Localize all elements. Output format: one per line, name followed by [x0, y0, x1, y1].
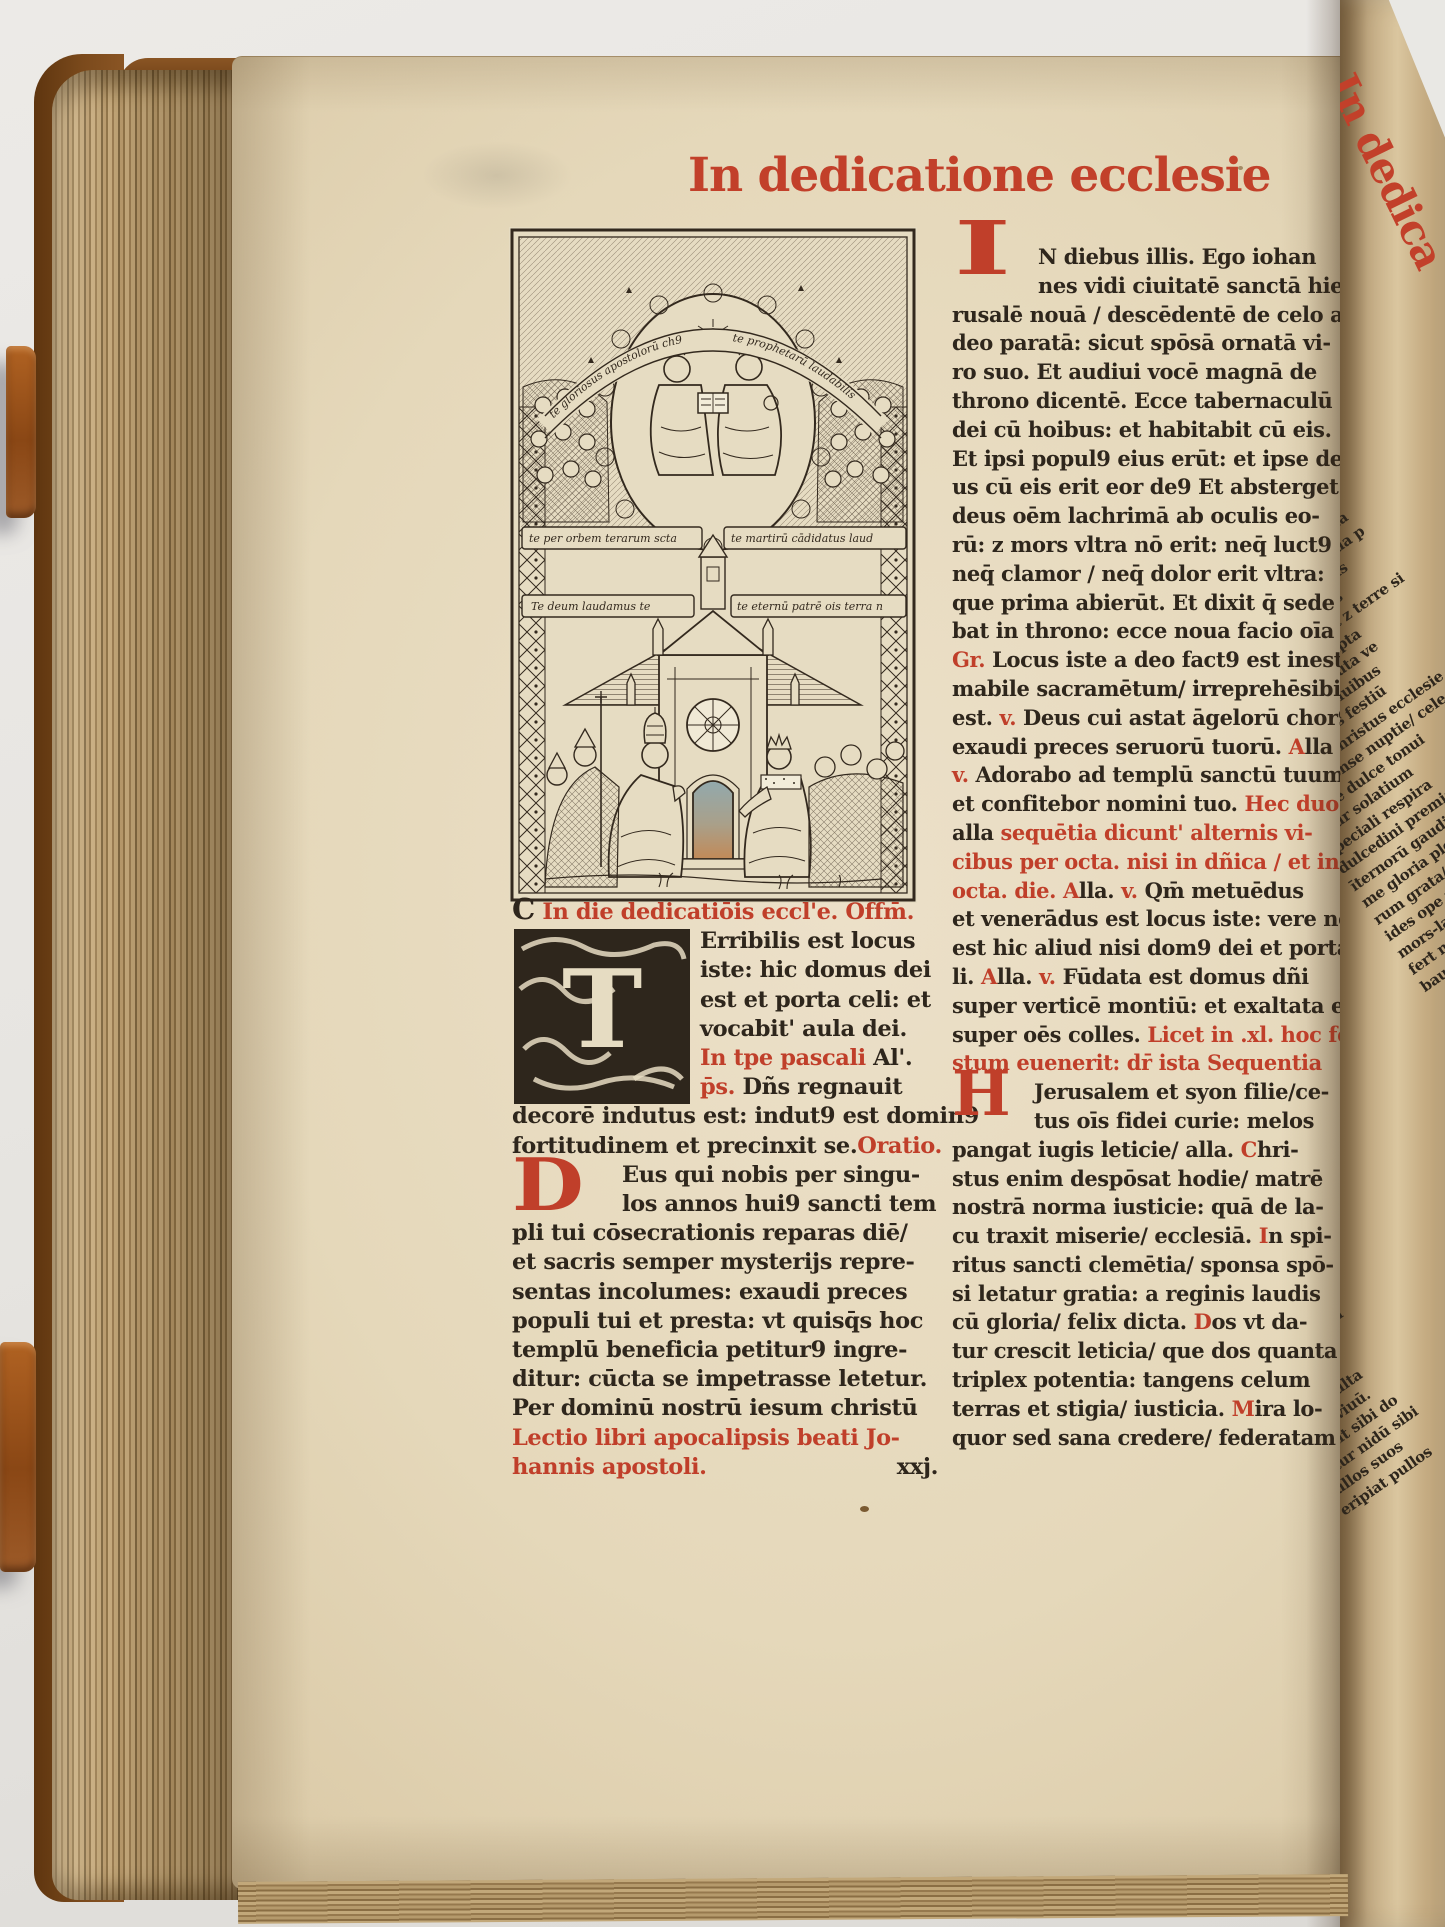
- text-segment: M: [1232, 1396, 1255, 1421]
- leather-strap-top: [6, 346, 36, 518]
- text-segment: v.: [952, 762, 969, 787]
- text-line: octa. die. Alla. v. Qm̄ metuēdus: [952, 877, 1352, 906]
- text-segment: cū gloria/ felix dicta.: [952, 1309, 1194, 1334]
- text-segment: nostrā norma iusticie: quā de la-: [952, 1194, 1324, 1219]
- text-line: v. Adorabo ad templū sanctū tuum: [952, 761, 1352, 790]
- text-segment: A: [981, 964, 997, 989]
- text-segment: rusalē nouā / descēdentē de celo a: [952, 302, 1343, 327]
- banderole-low-right-text: te eternū patrē ois terra n: [737, 600, 883, 613]
- text-segment: et sacris semper mysterijs repre-: [512, 1249, 914, 1275]
- text-segment: ritus sancti clemētia/ sponsa spō-: [952, 1252, 1334, 1277]
- text-segment: quor sed sana credere/ federatam: [952, 1425, 1336, 1450]
- text-line: stum euenerit: dr̄ ista Sequentia: [952, 1049, 1352, 1078]
- text-line: et confitebor nomini tuo. Hec duo: [952, 790, 1352, 819]
- text-segment: decorē indutus est: indut9 est domin9: [512, 1103, 979, 1129]
- text-line: pangat iugis leticie/ alla. Chri-: [952, 1136, 1352, 1165]
- right-text-column: I H N diebus illis. Ego iohannes vidi ci…: [952, 243, 1352, 1452]
- text-segment: Adorabo ad templū sanctū tuum: [969, 762, 1344, 787]
- text-segment: tus oīs fidei curie: melos: [1034, 1108, 1314, 1133]
- text-line: Et ipsi popul9 eius erūt: et ipse de-: [952, 445, 1352, 474]
- text-segment: Per dominū nostrū iesum christū: [512, 1395, 917, 1421]
- text-line: populi tui et presta: vt quisq̄s hoc: [512, 1307, 938, 1336]
- text-segment: est.: [952, 705, 1000, 730]
- ornamental-initial-T: T: [514, 929, 690, 1104]
- text-line: nostrā norma iusticie: quā de la-: [952, 1193, 1352, 1222]
- text-line: dei cū hoibus: et habitabit cū eis.: [952, 416, 1352, 445]
- text-segment: pangat iugis leticie/ alla.: [952, 1137, 1241, 1162]
- clergy-group: [545, 691, 619, 887]
- text-segment: Erribilis est locus: [700, 928, 915, 954]
- text-segment: sequētia dicunt' alternis vi-: [994, 820, 1313, 845]
- text-line: N diebus illis. Ego iohan: [952, 243, 1352, 272]
- woodcut-svg: te gloriosus apostolorū ch9 te prophetar…: [509, 227, 917, 903]
- text-segment: cibus per octa. nisi in dñica / et in: [952, 849, 1339, 874]
- text-segment: p̄s.: [700, 1074, 735, 1100]
- text-segment: Gr.: [952, 647, 985, 672]
- page-stack-shading: [52, 70, 248, 1900]
- text-line: nes vidi ciuitatē sanctā hie: [952, 272, 1352, 301]
- text-line: ro suo. Et audiui vocē magnā de: [952, 358, 1352, 387]
- ink-bleedthrough-smudge: [392, 128, 602, 223]
- text-segment: D: [1194, 1309, 1212, 1334]
- text-segment: sentas incolumes: exaudi preces: [512, 1279, 907, 1305]
- text-line: xxj.hannis apostoli.: [512, 1453, 938, 1482]
- text-line: deus oēm lachrimā ab oculis eo-: [952, 502, 1352, 531]
- text-segment: os vt da-: [1211, 1309, 1307, 1334]
- text-line: stus enim despōsat hodie/ matrē: [952, 1165, 1352, 1194]
- text-segment: que prima abierūt. Et dixit q̄ sede: [952, 590, 1335, 615]
- text-line: rusalē nouā / descēdentē de celo a: [952, 301, 1352, 330]
- text-line: cibus per octa. nisi in dñica / et in: [952, 848, 1352, 877]
- text-segment: C: [1241, 1137, 1257, 1162]
- text-segment: iste: hic domus dei: [700, 957, 931, 983]
- text-segment: xxj.: [897, 1453, 938, 1482]
- text-line: Jerusalem et syon filie/ce-: [952, 1078, 1352, 1107]
- text-segment: lla.: [1079, 878, 1121, 903]
- text-line: terras et stigia/ iusticia. Mira lo-: [952, 1395, 1352, 1424]
- text-line: rū: z mors vltra nō erit: neq̄ luct9: [952, 531, 1352, 560]
- book-photo: In dedicatione ecclesie: [0, 0, 1445, 1927]
- text-segment: Fūdata est domus dñi: [1056, 964, 1309, 989]
- text-line: throno dicentē. Ecce tabernaculū: [952, 387, 1352, 416]
- text-segment: deus oēm lachrimā ab oculis eo-: [952, 503, 1320, 528]
- text-segment: et confitebor nomini tuo.: [952, 791, 1244, 816]
- text-line: mabile sacramētum/ irreprehēsibilis: [952, 675, 1352, 704]
- text-line: li. Alla. v. Fūdata est domus dñi: [952, 963, 1352, 992]
- text-segment: throno dicentē. Ecce tabernaculū: [952, 388, 1332, 413]
- text-line: us cū eis erit eor de9 Et absterget: [952, 473, 1352, 502]
- text-segment: hannis apostoli.: [512, 1454, 707, 1480]
- text-segment: cu traxit miserie/ ecclesiā.: [952, 1223, 1259, 1248]
- text-segment: neq̄ clamor / neq̄ dolor erit vltra:: [952, 561, 1324, 586]
- banderole-mid-right-text: te martirū cādidatus laud: [731, 532, 873, 545]
- text-segment: octa. die. A: [952, 878, 1079, 903]
- text-line: ritus sancti clemētia/ sponsa spō-: [952, 1251, 1352, 1280]
- text-segment: dei cū hoibus: et habitabit cū eis.: [952, 417, 1332, 442]
- text-segment: Jerusalem et syon filie/ce-: [1034, 1079, 1329, 1104]
- banderole-mid-left-text: te per orbem terarum scta: [529, 532, 677, 545]
- text-line: tus oīs fidei curie: melos: [952, 1107, 1352, 1136]
- text-line: templū beneficia petitur9 ingre-: [512, 1336, 938, 1365]
- text-line: que prima abierūt. Et dixit q̄ sede: [952, 589, 1352, 618]
- text-segment: Oratio.: [857, 1133, 942, 1159]
- text-segment: N diebus illis. Ego iohan: [1038, 244, 1316, 269]
- text-segment: I: [1259, 1223, 1268, 1248]
- text-segment: Al'.: [866, 1045, 913, 1071]
- text-segment: A: [1289, 734, 1305, 759]
- text-line: cu traxit miserie/ ecclesiā. In spi-: [952, 1222, 1352, 1251]
- text-line: est. v. Deus cui astat āgelorū chor9:: [952, 704, 1352, 733]
- text-segment: C: [512, 892, 535, 926]
- lombardic-initial-D: D: [512, 1154, 583, 1216]
- text-segment: nes vidi ciuitatē sanctā hie: [1038, 273, 1343, 298]
- gospel-book-icon: [698, 393, 728, 413]
- text-segment: ro suo. Et audiui vocē magnā de: [952, 359, 1317, 384]
- text-line: neq̄ clamor / neq̄ dolor erit vltra:: [952, 560, 1352, 589]
- text-segment: ditur: cūcta se impetrasse letetur.: [512, 1366, 927, 1392]
- text-segment: super oēs colles.: [952, 1022, 1147, 1047]
- text-segment: vocabit' aula dei.: [700, 1016, 907, 1042]
- banderole-low-left-text: Te deum laudamus te: [531, 600, 651, 613]
- page-heading: In dedicatione ecclesie: [688, 148, 1203, 203]
- text-segment: Lectio libri apocalipsis beati Jo-: [512, 1425, 900, 1451]
- text-line: deo paratā: sicut spōsā ornatā vi-: [952, 329, 1352, 358]
- text-segment: lla.: [997, 964, 1039, 989]
- text-line: si letatur gratia: a reginis laudis: [952, 1280, 1352, 1309]
- text-segment: Locus iste a deo fact9 est inesti-: [985, 647, 1359, 672]
- text-line: bat in throno: ecce noua facio oīa: [952, 617, 1352, 646]
- text-line: exaudi preces seruorū tuorū. Alla: [952, 733, 1352, 762]
- text-segment: alla: [952, 820, 994, 845]
- rose-window-icon: [687, 699, 739, 751]
- text-line: cū gloria/ felix dicta. Dos vt da-: [952, 1308, 1352, 1337]
- text-line: Per dominū nostrū iesum christū: [512, 1394, 938, 1423]
- text-line: quor sed sana credere/ federatam: [952, 1424, 1352, 1453]
- text-segment: super verticē montiū: et exaltata est: [952, 993, 1365, 1018]
- right-page-text-upper: etem large numerr: de propribonauētura d…: [1340, 236, 1445, 996]
- text-line: ditur: cūcta se impetrasse letetur.: [512, 1365, 938, 1394]
- text-segment: est et porta celi: et: [700, 987, 931, 1013]
- text-segment: bat in throno: ecce noua facio oīa: [952, 618, 1334, 643]
- text-segment: Qm̄ metuēdus: [1138, 878, 1304, 903]
- text-line: et sacris semper mysterijs repre-: [512, 1248, 938, 1277]
- text-segment: us cū eis erit eor de9 Et absterget: [952, 474, 1338, 499]
- text-segment: In die dedicatiōis eccl'e. Offm̄.: [535, 899, 914, 925]
- text-line: super verticē montiū: et exaltata est: [952, 992, 1352, 1021]
- leather-strap-bottom: [0, 1342, 36, 1572]
- text-segment: tur crescit leticia/ que dos quanta: [952, 1338, 1337, 1363]
- text-line: Lectio libri apocalipsis beati Jo-: [512, 1424, 938, 1453]
- bottom-page-edges: [238, 1874, 1348, 1924]
- paper-speck: [860, 1506, 869, 1512]
- text-segment: Et ipsi popul9 eius erūt: et ipse de-: [952, 446, 1351, 471]
- right-page-curl: In dedica etem large numerr: de propribo…: [1340, 0, 1445, 1927]
- text-segment: v.: [1121, 878, 1138, 903]
- text-line: tur crescit leticia/ que dos quanta: [952, 1337, 1352, 1366]
- text-segment: v.: [1000, 705, 1017, 730]
- text-segment: v.: [1039, 964, 1056, 989]
- left-text-column: T D C In die dedicatiōis eccl'e. Offm̄.E…: [512, 898, 938, 1482]
- text-line: super oēs colles. Licet in .xl. hoc fe-: [952, 1021, 1352, 1050]
- initial-T-letter: T: [562, 947, 642, 1073]
- text-segment: populi tui et presta: vt quisq̄s hoc: [512, 1308, 923, 1334]
- text-line: est hic aliud nisi dom9 dei et porta ce-: [952, 934, 1352, 963]
- text-segment: et venerādus est locus iste: vere non: [952, 906, 1367, 931]
- text-segment: li.: [952, 964, 981, 989]
- text-line: Gr. Locus iste a deo fact9 est inesti-: [952, 646, 1352, 675]
- text-segment: In tpe pascali: [700, 1045, 866, 1071]
- lombardic-initial-H: H: [952, 1065, 1010, 1123]
- text-segment: deo paratā: sicut spōsā ornatā vi-: [952, 330, 1331, 355]
- text-segment: triplex potentia: tangens celum: [952, 1367, 1310, 1392]
- text-line: triplex potentia: tangens celum: [952, 1366, 1352, 1395]
- text-line: sentas incolumes: exaudi preces: [512, 1278, 938, 1307]
- text-segment: stus enim despōsat hodie/ matrē: [952, 1166, 1323, 1191]
- text-segment: exaudi preces seruorū tuorū.: [952, 734, 1289, 759]
- lombardic-initial-I: I: [954, 235, 1010, 264]
- text-segment: rū: z mors vltra nō erit: neq̄ luct9: [952, 532, 1332, 557]
- text-line: decorē indutus est: indut9 est domin9: [512, 1102, 938, 1131]
- text-segment: Dñs regnauit: [735, 1074, 902, 1100]
- text-segment: si letatur gratia: a reginis laudis: [952, 1281, 1321, 1306]
- text-segment: Eus qui nobis per singu-: [622, 1162, 920, 1188]
- text-line: C In die dedicatiōis eccl'e. Offm̄.: [512, 898, 938, 927]
- text-line: et venerādus est locus iste: vere non: [952, 905, 1352, 934]
- text-segment: mabile sacramētum/ irreprehēsibilis: [952, 676, 1367, 701]
- text-line: alla sequētia dicunt' alternis vi-: [952, 819, 1352, 848]
- text-segment: terras et stigia/ iusticia.: [952, 1396, 1232, 1421]
- text-segment: hri-: [1257, 1137, 1298, 1162]
- dedication-woodcut: te gloriosus apostolorū ch9 te prophetar…: [509, 227, 917, 903]
- right-page-text-lower: dela ter. bīs ad ta-berna. tantum hui9Se…: [1340, 1127, 1445, 1551]
- text-segment: templū beneficia petitur9 ingre-: [512, 1337, 907, 1363]
- text-segment: los annos hui9 sancti tem: [622, 1191, 936, 1217]
